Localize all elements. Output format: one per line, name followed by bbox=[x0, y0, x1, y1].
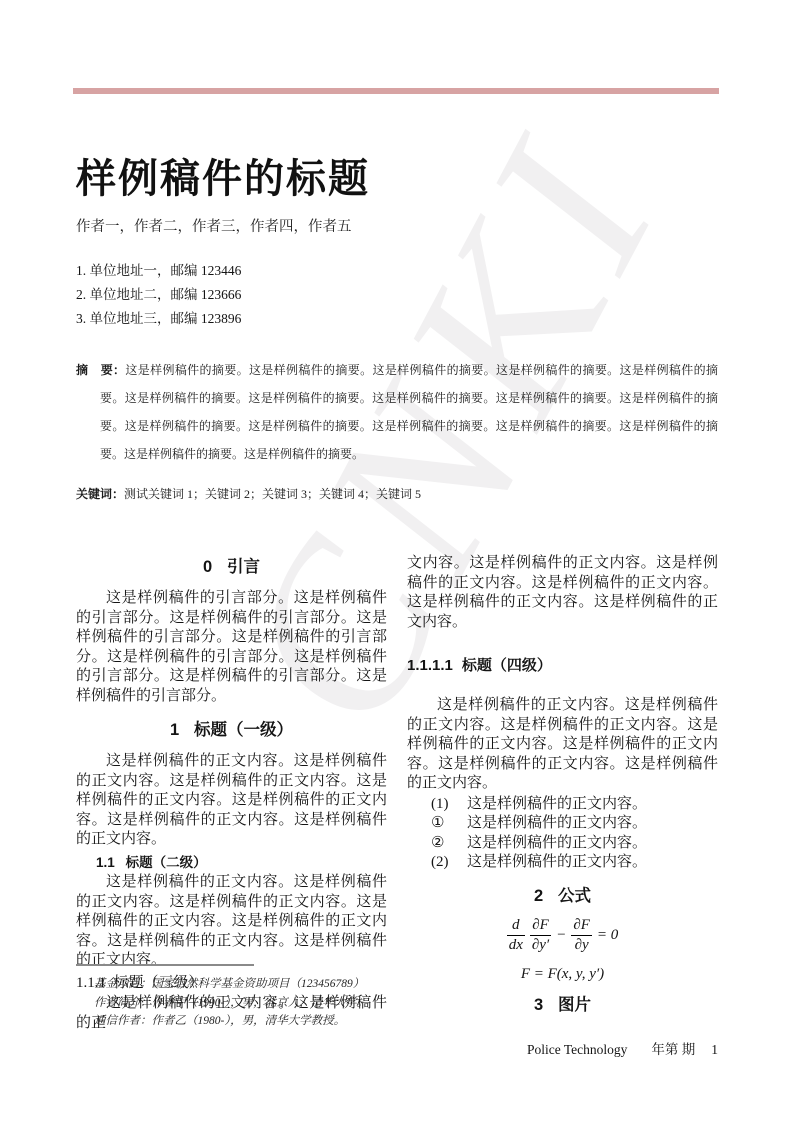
affiliation-item: 3. 单位地址三，邮编 123896 bbox=[76, 307, 718, 331]
keywords-label: 关键词： bbox=[76, 487, 124, 501]
list-item: (1)这是样例稿件的正文内容。 bbox=[407, 795, 718, 815]
list-marker: ② bbox=[431, 834, 467, 854]
body-paragraph: 这是样例稿件的正文内容。这是样例稿件的正文内容。这是样例稿件的正文内容。这是样例… bbox=[76, 752, 387, 850]
footnote-divider bbox=[76, 964, 254, 966]
equation-rhs: = 0 bbox=[597, 926, 618, 946]
fraction: d dx bbox=[507, 916, 525, 956]
fraction: ∂F ∂y′ bbox=[530, 916, 551, 956]
list-text: 这是样例稿件的正文内容。 bbox=[467, 814, 647, 834]
section-title: 公式 bbox=[558, 887, 591, 905]
section-heading-level4: 1.1.1.1标题（四级） bbox=[407, 656, 718, 676]
abstract-paragraph: 摘 要：这是样例稿件的摘要。这是样例稿件的摘要。这是样例稿件的摘要。这是样例稿件… bbox=[76, 356, 718, 468]
section-heading-intro: 0引言 bbox=[76, 556, 387, 578]
authors-line: 作者一，作者二，作者三，作者四，作者五 bbox=[76, 215, 718, 236]
page-title: 样例稿件的标题 bbox=[76, 156, 718, 202]
fraction-numerator: ∂F bbox=[571, 916, 592, 937]
numbered-list: (1)这是样例稿件的正文内容。 ①这是样例稿件的正文内容。 ②这是样例稿件的正文… bbox=[407, 795, 718, 873]
document-page: { "page": { "accent_color": "#d7a3a3", "… bbox=[0, 0, 794, 1123]
section-title: 图片 bbox=[558, 996, 591, 1014]
list-item: (2)这是样例稿件的正文内容。 bbox=[407, 853, 718, 873]
list-text: 这是样例稿件的正文内容。 bbox=[467, 834, 647, 854]
abstract-text: 这是样例稿件的摘要。这是样例稿件的摘要。这是样例稿件的摘要。这是样例稿件的摘要。… bbox=[100, 363, 718, 461]
journal-name: Police Technology bbox=[527, 1042, 627, 1057]
intro-paragraph: 这是样例稿件的引言部分。这是样例稿件的引言部分。这是样例稿件的引言部分。这是样例… bbox=[76, 589, 387, 706]
section-number: 1.1.1.1 bbox=[407, 657, 453, 674]
section-heading-formula: 2公式 bbox=[407, 885, 718, 907]
fraction-denominator: ∂y′ bbox=[530, 936, 551, 956]
body-paragraph: 这是样例稿件的正文内容。这是样例稿件的正文内容。这是样例稿件的正文内容。这是样例… bbox=[76, 873, 387, 971]
keywords-text: 测试关键词 1；关键词 2；关键词 3；关键词 4；关键词 5 bbox=[124, 487, 421, 501]
section-number: 2 bbox=[534, 887, 543, 905]
abstract-label: 摘 要： bbox=[76, 363, 125, 377]
list-item: ②这是样例稿件的正文内容。 bbox=[407, 834, 718, 854]
list-marker: ① bbox=[431, 814, 467, 834]
list-marker: (2) bbox=[431, 853, 467, 873]
fraction-denominator: dx bbox=[507, 936, 525, 956]
equation-euler-lagrange: d dx ∂F ∂y′ − ∂F ∂y = 0 bbox=[407, 916, 718, 956]
fraction-denominator: ∂y bbox=[571, 936, 592, 956]
list-text: 这是样例稿件的正文内容。 bbox=[467, 795, 647, 815]
section-title: 引言 bbox=[227, 558, 260, 576]
fraction-numerator: ∂F bbox=[530, 916, 551, 937]
section-heading-level1: 1标题（一级） bbox=[76, 719, 387, 741]
section-heading-level2: 1.1标题（二级） bbox=[76, 853, 387, 873]
fraction: ∂F ∂y bbox=[571, 916, 592, 956]
page-content: 样例稿件的标题 作者一，作者二，作者三，作者四，作者五 1. 单位地址一，邮编 … bbox=[0, 0, 794, 1033]
section-number: 3 bbox=[534, 996, 543, 1014]
section-number: 1 bbox=[170, 721, 179, 739]
right-column: 文内容。这是样例稿件的正文内容。这是样例稿件的正文内容。这是样例稿件的正文内容。… bbox=[407, 554, 718, 1033]
keywords-line: 关键词：测试关键词 1；关键词 2；关键词 3；关键词 4；关键词 5 bbox=[76, 480, 718, 508]
body-paragraph: 这是样例稿件的正文内容。这是样例稿件的正文内容。这是样例稿件的正文内容。这是样例… bbox=[407, 696, 718, 794]
affiliation-item: 2. 单位地址二，邮编 123666 bbox=[76, 283, 718, 307]
section-number: 0 bbox=[203, 558, 212, 576]
page-number: 1 bbox=[711, 1042, 718, 1057]
section-title: 标题（一级） bbox=[194, 721, 293, 739]
section-title: 标题（四级） bbox=[462, 657, 552, 674]
operator: − bbox=[556, 926, 566, 946]
body-paragraph-continued: 文内容。这是样例稿件的正文内容。这是样例稿件的正文内容。这是样例稿件的正文内容。… bbox=[407, 554, 718, 632]
affiliation-item: 1. 单位地址一，邮编 123446 bbox=[76, 259, 718, 283]
footnote-author-bio: 作者简介：作者甲（1990-），男，北京人，清华大学。 bbox=[76, 994, 476, 1013]
footnote-block: 基金项目：国家自然科学基金资助项目（123456789） 作者简介：作者甲（19… bbox=[76, 964, 476, 1031]
page-footer: Police Technology年第 期1 bbox=[527, 1038, 718, 1058]
two-column-body: 0引言 这是样例稿件的引言部分。这是样例稿件的引言部分。这是样例稿件的引言部分。… bbox=[76, 554, 718, 1033]
fraction-numerator: d bbox=[507, 916, 525, 937]
section-title: 标题（二级） bbox=[126, 855, 207, 870]
left-column: 0引言 这是样例稿件的引言部分。这是样例稿件的引言部分。这是样例稿件的引言部分。… bbox=[76, 554, 387, 1033]
list-marker: (1) bbox=[431, 795, 467, 815]
list-text: 这是样例稿件的正文内容。 bbox=[467, 853, 647, 873]
footnote-funding: 基金项目：国家自然科学基金资助项目（123456789） bbox=[76, 975, 476, 994]
issue-text: 年第 期 bbox=[651, 1042, 695, 1057]
footnote-corresponding-author: 通信作者：作者乙（1980-），男，清华大学教授。 bbox=[76, 1012, 476, 1031]
section-number: 1.1 bbox=[96, 855, 115, 870]
affiliation-list: 1. 单位地址一，邮编 123446 2. 单位地址二，邮编 123666 3.… bbox=[76, 259, 718, 331]
list-item: ①这是样例稿件的正文内容。 bbox=[407, 814, 718, 834]
